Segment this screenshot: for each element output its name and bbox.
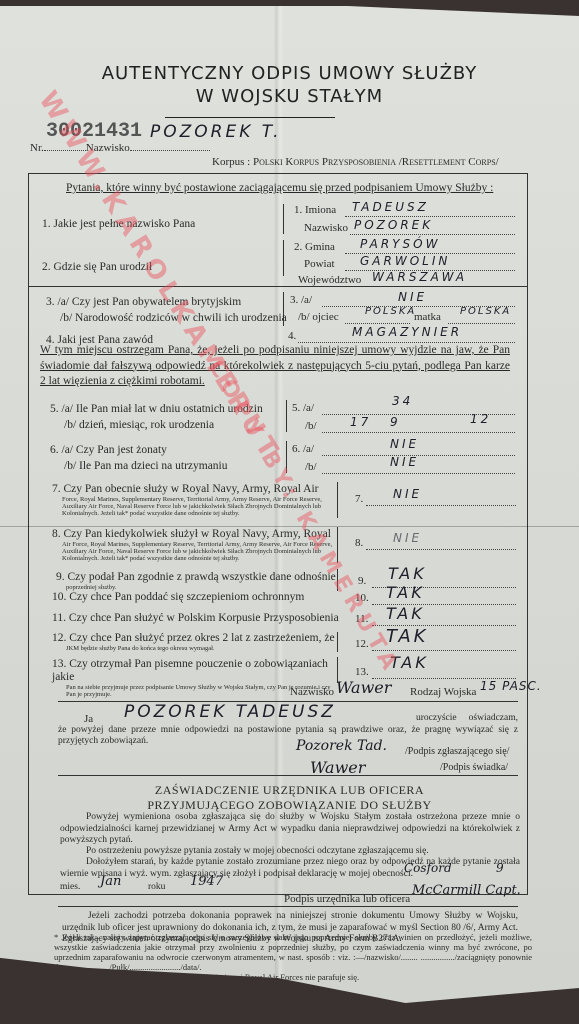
imiona-value: TADEUSZ xyxy=(352,200,429,214)
witness-nazwisko-signature: Wawer xyxy=(336,678,391,697)
declaration-text: uroczyście oświadczam, że powyżej dane p… xyxy=(58,713,518,748)
footnote: * Jeżeli tak—należy zapytać zgłaszająceg… xyxy=(54,932,532,972)
a12-label: 12. xyxy=(355,638,369,650)
birth-month: 9 xyxy=(390,415,401,429)
surname-handwritten: POZOREK T. xyxy=(150,122,282,142)
fold-crease xyxy=(0,526,579,527)
matka-label: matka xyxy=(414,311,441,323)
a8-label: 8. xyxy=(355,537,363,549)
applicant-signature: Pozorek Tad. xyxy=(296,738,387,754)
imiona-label: 1. Imiona xyxy=(294,204,336,216)
document-title-line1: AUTENTYCZNY ODPIS UMOWY SŁUŻBY xyxy=(0,63,579,84)
nr-label: Nr.Nazwisko xyxy=(30,142,210,154)
certificate-day: 9 xyxy=(496,861,504,875)
a4-value: MAGAZYNIER xyxy=(352,325,462,339)
question-2: 2. Gdzie się Pan urodził xyxy=(42,261,152,274)
a5a-label: 5. /a/ xyxy=(292,402,314,414)
a11-value: TAK xyxy=(386,604,425,623)
certificate-heading-1: ZAŚWIADCZENIE URZĘDNIKA LUB OFICERA xyxy=(0,783,579,798)
a3b-label: /b/ ojciec xyxy=(298,311,339,323)
korpus-line: Korpus : Polski Korpus Przysposobienia /… xyxy=(212,156,499,168)
certificate-para-1: Powyżej wymieniona osoba zgłaszająca się… xyxy=(60,812,520,847)
brace xyxy=(337,632,338,652)
gmina-value: PARYSÓW xyxy=(360,237,440,251)
gmina-label: 2. Gmina xyxy=(294,241,335,253)
question-10: 10. Czy chce Pan poddać się szczepieniom… xyxy=(52,591,304,604)
wojewodztwo-value: WARSZAWA xyxy=(372,270,467,284)
question-1: 1. Jakie jest pełne nazwisko Pana xyxy=(42,218,195,231)
a9-label: 9. xyxy=(358,575,366,587)
a8-line xyxy=(366,535,516,550)
ojciec-value: POLSKA xyxy=(365,306,416,317)
a13-value: TAK xyxy=(390,653,429,672)
question-11: 11. Czy chce Pan służyć w Polskim Korpus… xyxy=(52,612,339,625)
certificate-para-2: Po ostrzeżeniu powyższe pytania zostały … xyxy=(60,846,520,858)
a3a-label: 3. /a/ xyxy=(290,294,312,306)
a6a-label: 6. /a/ xyxy=(292,443,314,455)
question-7: 7. Czy Pan obecnie służy w Royal Navy, A… xyxy=(52,483,337,517)
uwaga-note: Uwaga :—Zaświadczeń z Royal Navy, Royal … xyxy=(54,972,532,984)
brace xyxy=(337,569,338,591)
a6a-value: NIE xyxy=(390,437,419,451)
questions-header: Pytania, które winny być postawione zaci… xyxy=(66,182,493,195)
question-6b: /b/ Ile Pan ma dzieci na utrzymaniu xyxy=(64,460,228,473)
divider xyxy=(58,906,518,907)
a10-label: 10. xyxy=(355,592,369,604)
a9-value: TAK xyxy=(388,564,427,583)
print-info: (SO 1781) Wt. 16818—782 200m 7/46 H & S,… xyxy=(70,987,370,999)
title-underline xyxy=(165,117,335,118)
a6b-value: NIE xyxy=(390,455,419,469)
nazwisko-label: Nazwisko xyxy=(304,222,348,234)
question-8: 8. Czy Pan kiedykolwiek służył w Royal N… xyxy=(52,528,337,562)
rodzaj-wojska-label: Rodzaj Wojska xyxy=(410,686,476,698)
question-9: 9. Czy podał Pan zgodnie z prawdą wszyst… xyxy=(56,571,341,591)
a7-line xyxy=(366,491,516,506)
applicant-signature-label: /Podpis zgłaszającego się/ xyxy=(405,746,509,757)
a8-value: NIE xyxy=(393,531,422,545)
document-page: AUTENTYCZNY ODPIS UMOWY SŁUŻBY W WOJSKU … xyxy=(0,6,579,1008)
question-6a: 6. /a/ Czy Pan jest żonaty xyxy=(50,444,167,457)
brace xyxy=(283,240,284,276)
certificate-year: 1947 xyxy=(190,874,223,889)
nazwisko-value: POZOREK xyxy=(354,218,433,232)
brace xyxy=(286,400,287,432)
certificate-month: Jan xyxy=(100,874,121,889)
a3a-value: NIE xyxy=(398,290,427,304)
service-number: 30021431 xyxy=(46,120,142,143)
mies-label: mies. xyxy=(60,882,80,892)
brace xyxy=(283,292,284,326)
rodzaj-wojska-value: 15 PASC. xyxy=(480,679,542,693)
a6b-label: /b/ xyxy=(305,461,317,473)
brace xyxy=(283,204,284,234)
certificate-place: Cosford xyxy=(404,861,452,875)
roku-label: roku xyxy=(148,882,165,892)
a11-label: 11. xyxy=(355,613,368,625)
wojewodztwo-label: Województwo xyxy=(298,274,361,286)
a13-label: 13. xyxy=(355,666,369,678)
a10-value: TAK xyxy=(386,583,425,602)
document-title-line2: W WOJSKU STAŁYM xyxy=(0,86,579,107)
a5b-label: /b/ xyxy=(305,420,317,432)
powiat-value: GARWOLIN xyxy=(360,254,450,268)
witness-signature-label: /Podpis świadka/ xyxy=(440,762,508,773)
a12-value: TAK xyxy=(386,626,428,647)
certificate-heading-2: PRZYJMUJĄCEGO ZOBOWIĄZANIE DO SŁUŻBY xyxy=(0,798,579,813)
officer-signature: McCarmill Capt. xyxy=(412,883,521,898)
powiat-label: Powiat xyxy=(304,258,335,270)
question-5a: 5. /a/ Ile Pan miał lat w dniu ostatnich… xyxy=(50,403,263,416)
a7-value: NIE xyxy=(393,487,422,501)
brace xyxy=(286,441,287,473)
divider xyxy=(58,775,518,776)
question-3a: 3. /a/ Czy jest Pan obywatelem brytyjski… xyxy=(46,296,241,309)
birth-year: 12 xyxy=(470,412,491,426)
brace xyxy=(337,527,338,563)
a5a-value: 34 xyxy=(392,394,413,408)
brace xyxy=(337,482,338,518)
question-12: 12. Czy chce Pan służyć przez okres 2 la… xyxy=(52,632,337,652)
witness-nazwisko-label: Nazwisko xyxy=(290,686,334,698)
question-3b: /b/ Narodowość rodziców w chwili ich uro… xyxy=(60,312,287,325)
divider xyxy=(28,286,528,287)
officer-signature-label: Podpis urzędnika lub oficera xyxy=(284,893,410,905)
a7-label: 7. xyxy=(355,493,363,505)
warning-text: W tym miejscu ostrzegam Pana, że, jeżeli… xyxy=(40,343,510,390)
birth-day: 17 xyxy=(350,415,371,429)
question-5b: /b/ dzień, miesiąc, rok urodzenia xyxy=(64,419,214,432)
matka-value: POLSKA xyxy=(460,306,511,317)
a4-label: 4. xyxy=(288,330,296,342)
